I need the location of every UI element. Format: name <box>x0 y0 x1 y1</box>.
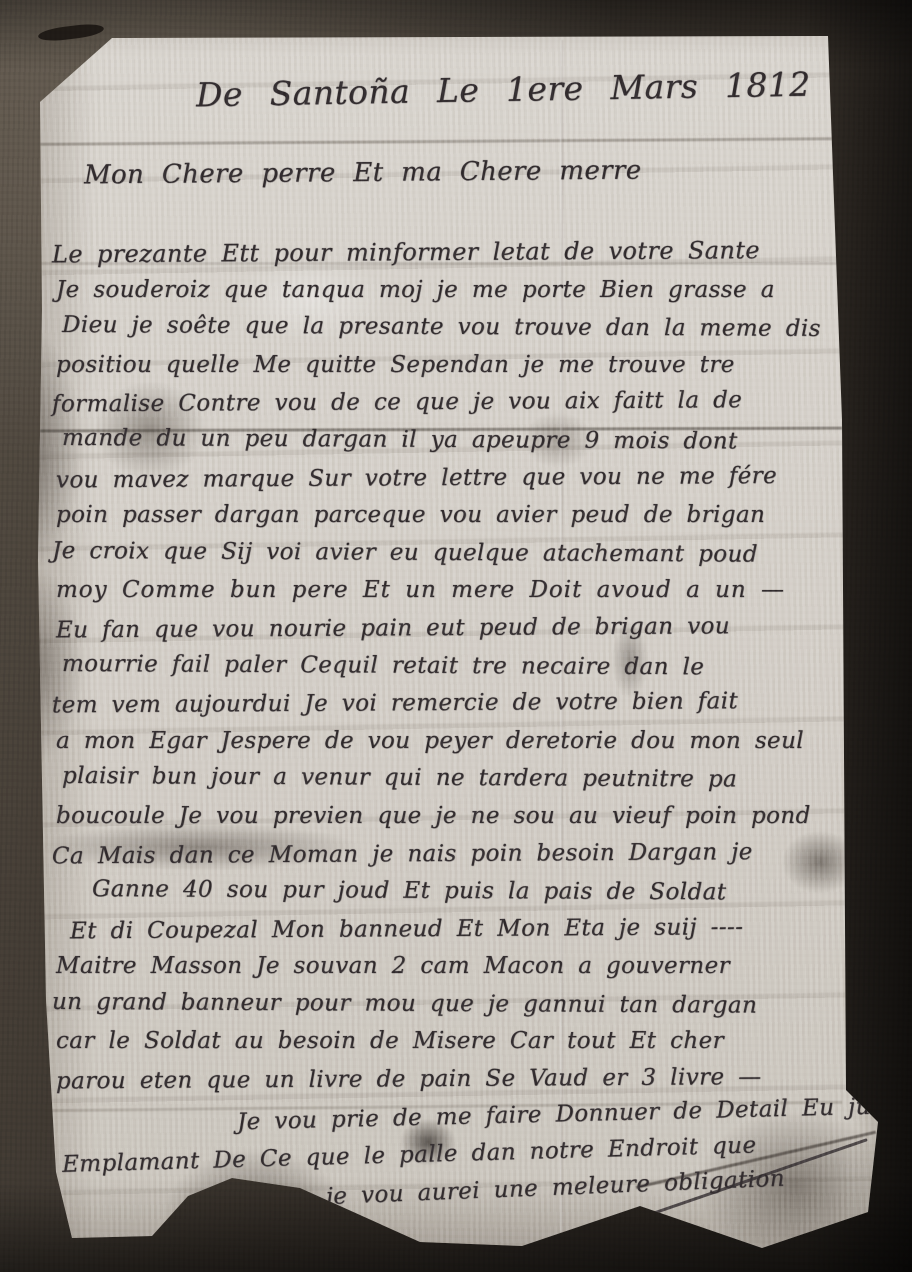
letter-line: plaisir bun jour a venur qui ne tardera … <box>62 758 848 800</box>
letter-line: Eu fan que vou nourie pain eut peud de b… <box>56 608 848 650</box>
letter-body: Le prezante Ett pour minformer letat de … <box>56 234 848 1211</box>
letter-line: poin passer dargan parceque vou avier pe… <box>56 497 848 535</box>
letter-line: un grand banneur pour mou que je gannui … <box>52 984 848 1026</box>
paper-crease <box>40 137 842 146</box>
letter-line: a mon Egar Jespere de vou peyer deretori… <box>56 723 848 761</box>
letter-line: moy Comme bun pere Et un mere Doit avoud… <box>56 572 848 610</box>
letter-salutation: Mon Chere perre Et ma Chere merre <box>84 156 642 191</box>
letter-line: Et di Coupezal Mon banneud Et Mon Eta je… <box>56 908 848 950</box>
letter-line: tem vem aujourdui Je voi remercie de vot… <box>52 683 848 725</box>
letter-line: Maitre Masson Je souvan 2 cam Macon a go… <box>56 948 848 986</box>
letter-line: formalise Contre vou de ce que je vou ai… <box>52 382 848 424</box>
letter-line: Ganne 40 sou pur joud Et puis la pais de… <box>62 871 848 913</box>
letter-line: car le Soldat au besoin de Misere Car to… <box>56 1023 848 1061</box>
letter-line: mourrie fail paler Cequil retait tre nec… <box>62 645 848 687</box>
letter-line: Je croix que Sij voi avier eu quelque at… <box>52 533 848 575</box>
photo-background: De Santoña Le 1ere Mars 1812 Mon Chere p… <box>0 0 912 1272</box>
letter-line: mande du un peu dargan il ya apeupre 9 m… <box>62 420 848 462</box>
letter-line: Dieu je soête que la presante vou trouve… <box>62 307 848 349</box>
letter-line: positiou quelle Me quitte Sependan je me… <box>56 347 848 385</box>
letter-line: Je souderoiz que tanqua moj je me porte … <box>56 272 848 310</box>
letter-line: Le prezante Ett pour minformer letat de … <box>52 232 848 274</box>
letter-paper: De Santoña Le 1ere Mars 1812 Mon Chere p… <box>0 0 912 1272</box>
background-scratch-mark <box>37 22 104 43</box>
letter-line: boucoule Je vou previen que je ne sou au… <box>56 798 848 836</box>
letter-dateline: De Santoña Le 1ere Mars 1812 <box>196 65 811 115</box>
letter-line: vou mavez marque Sur votre lettre que vo… <box>56 457 848 499</box>
letter-line: Ca Mais dan ce Moman je nais poin besoin… <box>52 833 848 875</box>
